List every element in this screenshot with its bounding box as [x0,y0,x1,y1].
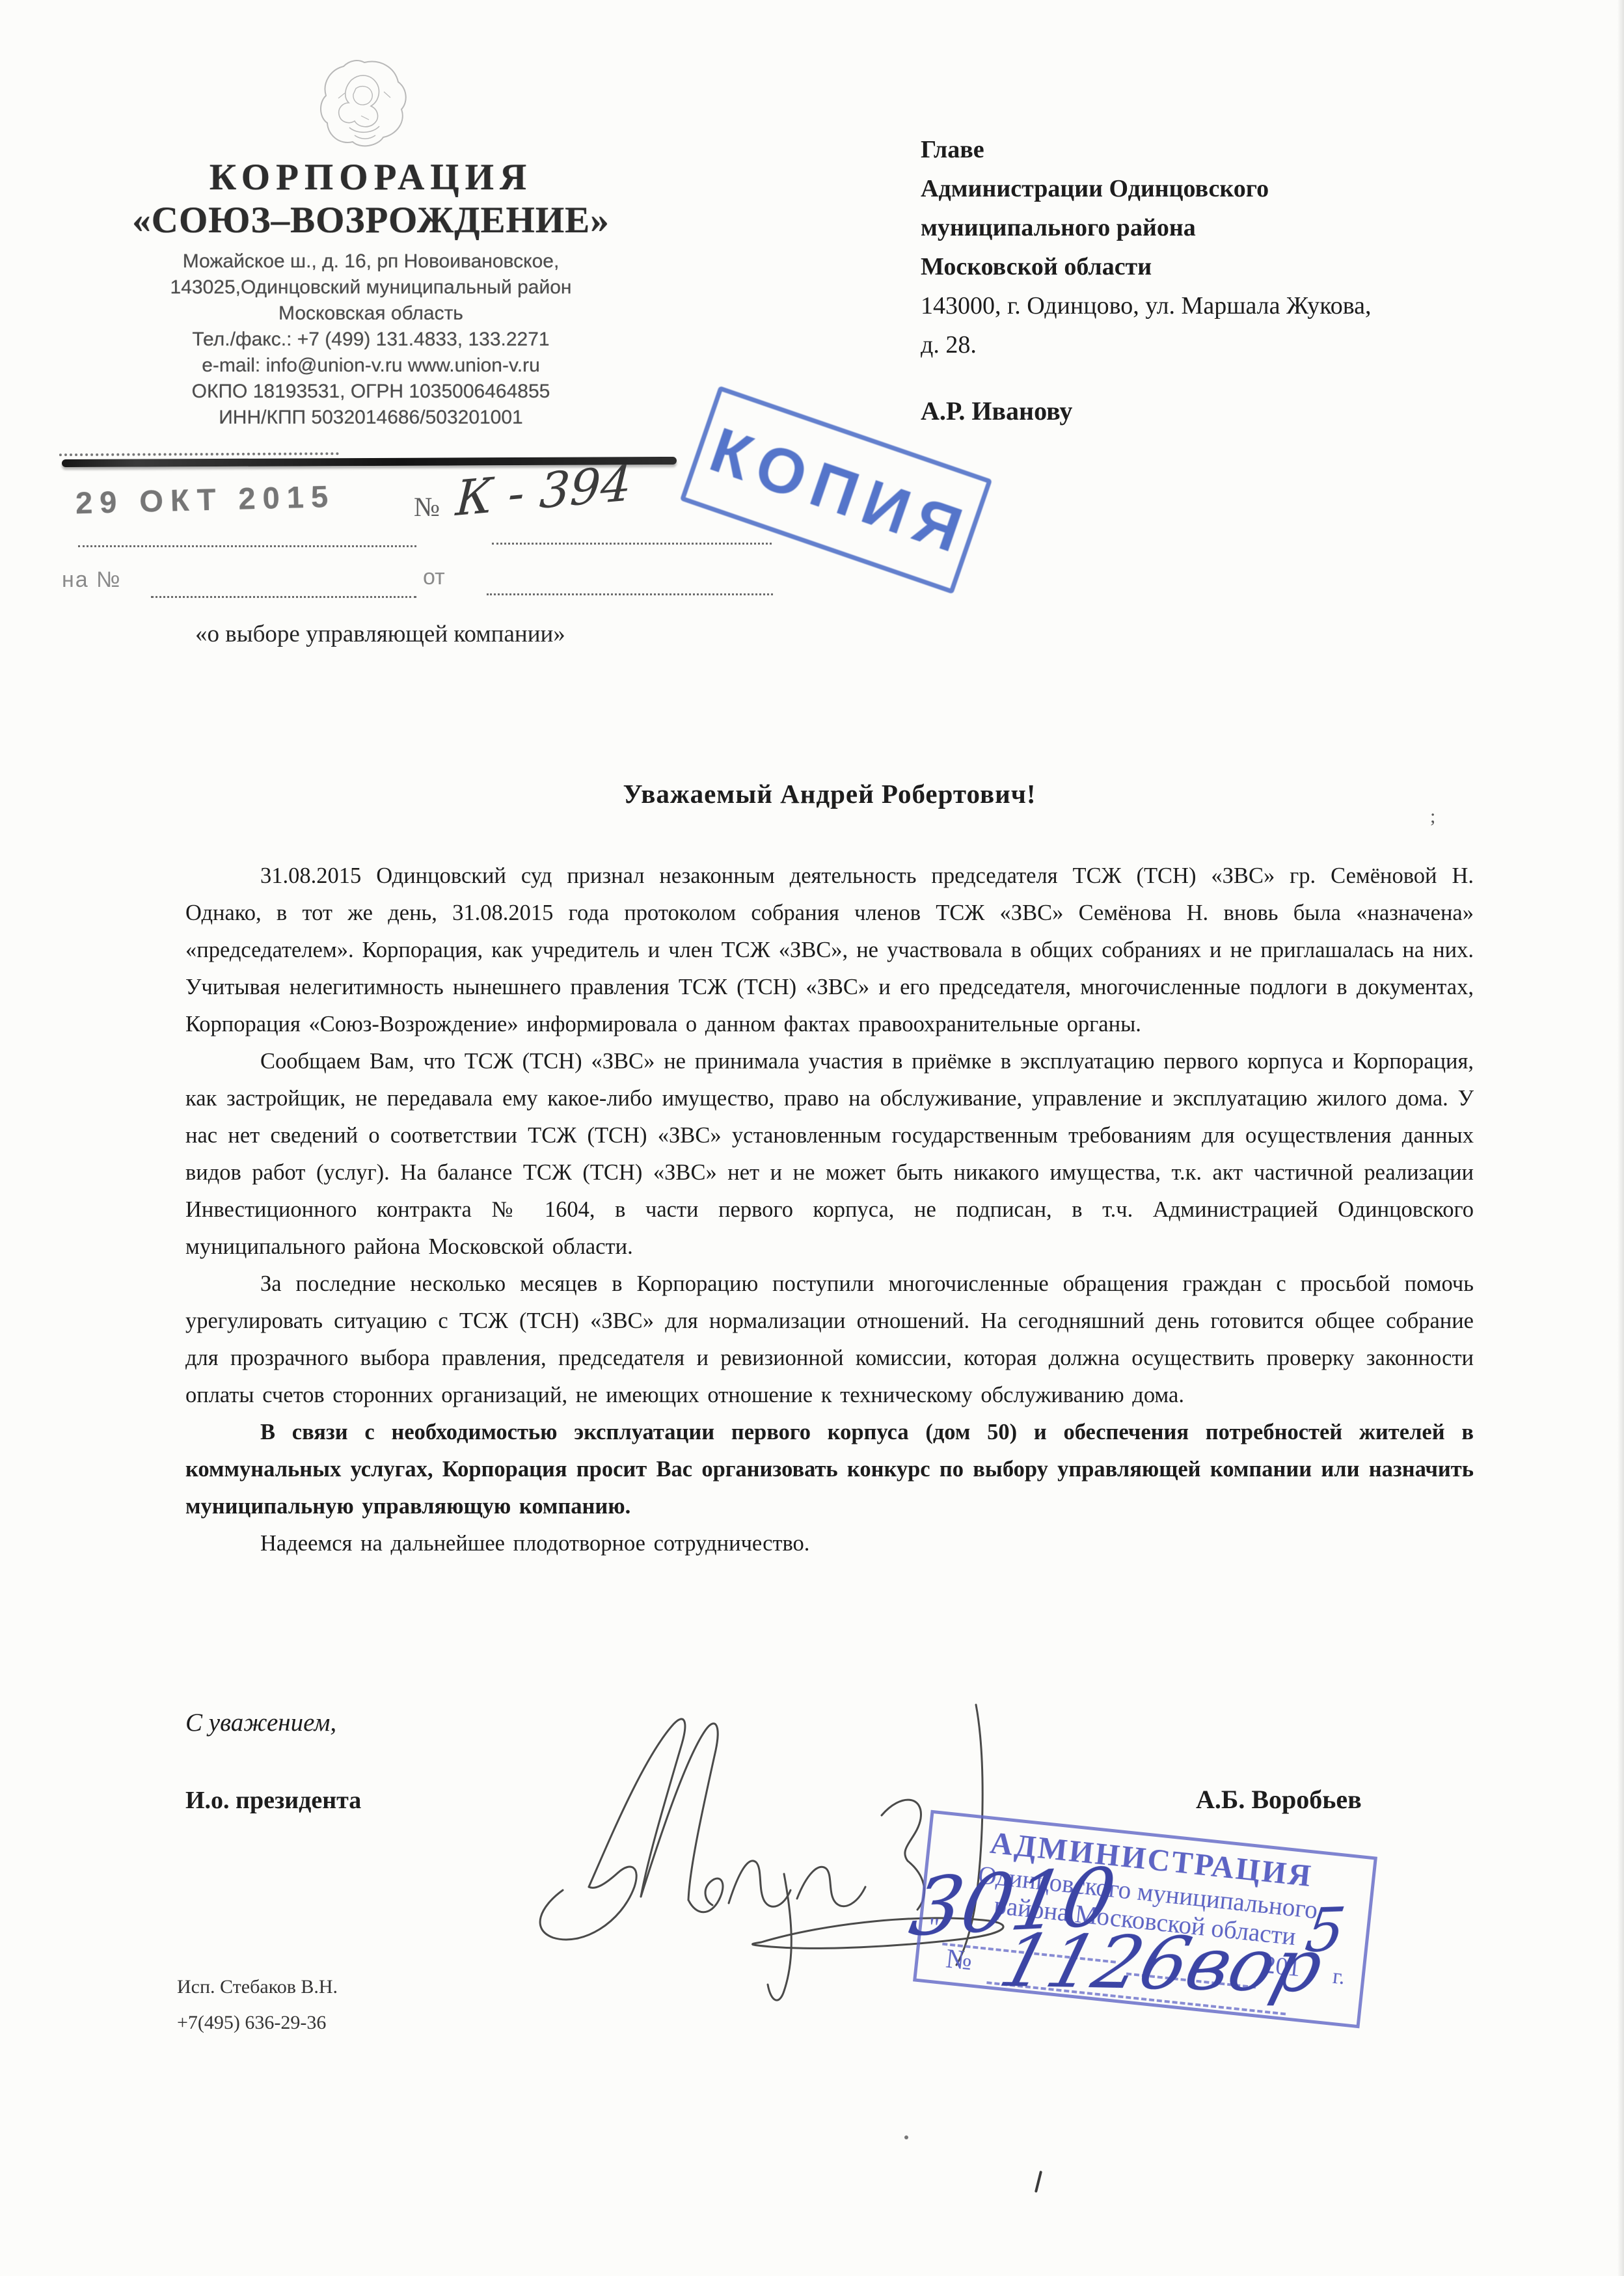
recipient-line: Московской области [921,247,1571,286]
number-blank-line [492,543,772,545]
recipient-line: Администрации Одинцовского [921,169,1571,208]
recipient-block: Главе Администрации Одинцовского муницип… [921,130,1571,364]
reply-to-number-label: на № [62,567,122,593]
org-address-line: Московская область [65,301,677,327]
salutation: Уважаемый Андрей Робертович! [185,778,1474,809]
signer-name: А.Б. Воробьев [1196,1784,1362,1815]
paragraph: Сообщаем Вам, что ТСЖ (ТСН) «ЗВС» не при… [185,1043,1474,1266]
org-address-line: Тел./факс.: +7 (499) 131.4833, 133.2271 [65,327,677,353]
paragraph-request-bold: В связи с необходимостью эксплуатации пе… [185,1414,1474,1525]
regards-line: С уважением, [185,1708,336,1737]
copy-stamp-text: КОПИЯ [693,410,980,569]
paragraph-hope: Надеемся на дальнейшее плодотворное сотр… [185,1525,1474,1562]
reply-from-label: от [423,565,445,590]
executor-phone: +7(495) 636-29-36 [177,2005,338,2040]
scan-artifact [1035,2171,1042,2193]
reply-number-blank-line [151,596,416,598]
org-address-line: ИНН/КПП 5032014686/503201001 [65,405,677,431]
date-blank-line [78,545,416,547]
executor-block: Исп. Стебаков В.Н. +7(495) 636-29-36 [177,1969,338,2040]
org-address-line: 143025,Одинцовский муниципальный район [65,275,677,301]
scan-artifact: ; [1430,806,1435,828]
org-address-line: ОКПО 18193531, ОГРН 1035006464855 [65,379,677,405]
executor-name: Исп. Стебаков В.Н. [177,1969,338,2005]
paragraph: 31.08.2015 Одинцовский суд признал незак… [185,858,1474,1043]
subject-line: «о выборе управляющей компании» [195,620,565,648]
org-type: КОРПОРАЦИЯ [65,156,677,198]
recipient-person: А.Р. Иванову [921,396,1072,426]
recipient-line: Главе [921,130,1571,169]
eagle-emblem-icon [316,57,413,152]
org-address-block: Можайское ш., д. 16, рп Новоивановское, … [65,249,677,431]
stamp-year-suffix: г. [1331,1964,1346,1990]
recipient-line: муниципального района [921,208,1571,247]
handwritten-outgoing-number: К - 394 [454,455,632,527]
paragraph: За последние несколько месяцев в Корпора… [185,1266,1474,1414]
scan-artifact [904,2135,908,2139]
number-label: № [414,492,440,523]
recipient-address-line: 143000, г. Одинцово, ул. Маршала Жукова, [921,286,1571,325]
letter-body: 31.08.2015 Одинцовский суд признал незак… [185,858,1474,1562]
org-address-line: Можайское ш., д. 16, рп Новоивановское, [65,249,677,275]
signer-position: И.о. президента [185,1786,361,1815]
reply-date-blank-line [487,593,773,595]
handwritten-incoming-number: 1126вор [992,1919,1333,2009]
org-address-line: e-mail: info@union-v.ru www.union-v.ru [65,353,677,379]
scanned-letter-page: КОРПОРАЦИЯ «СОЮЗ–ВОЗРОЖДЕНИЕ» Можайское … [0,0,1624,2276]
incoming-date-stamp: 29 ОКТ 2015 [75,478,335,521]
org-name: «СОЮЗ–ВОЗРОЖДЕНИЕ» [55,199,686,241]
recipient-address-line: д. 28. [921,325,1571,364]
